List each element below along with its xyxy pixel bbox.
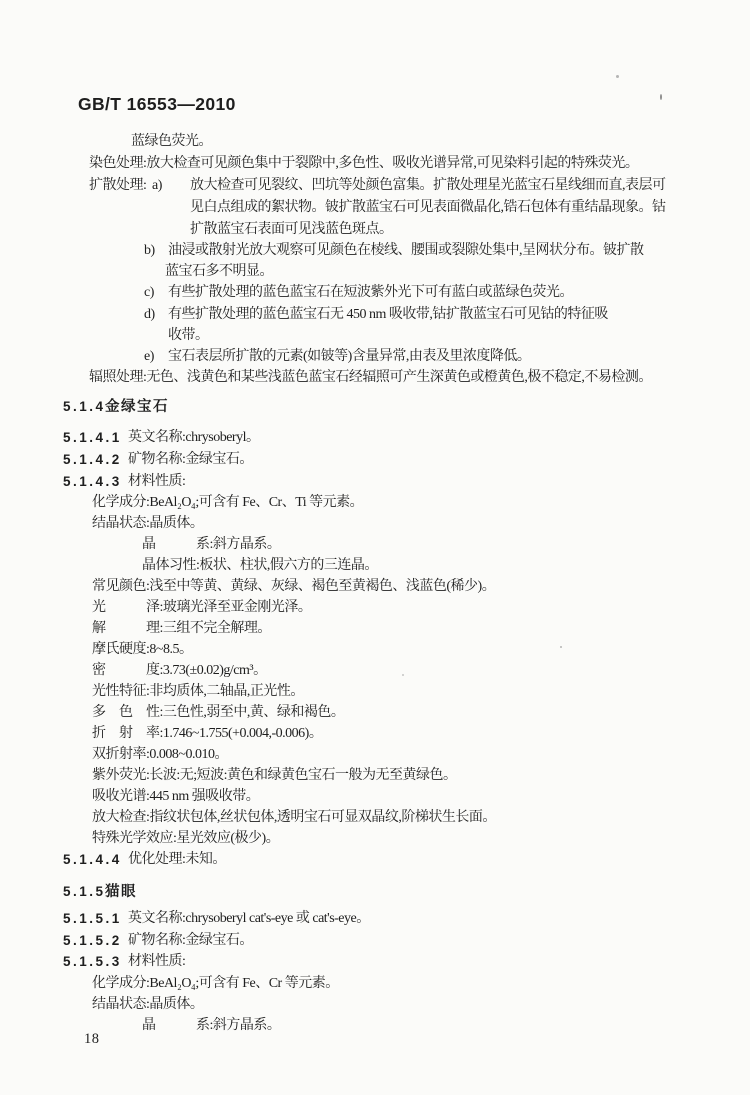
page-number: 18 bbox=[84, 1031, 100, 1048]
list-letter: c) bbox=[144, 284, 154, 302]
text-run: 密 度:3.73(±0.02)g/cm³。 bbox=[92, 662, 267, 680]
text-run: 染色处理:放大检查可见颜色集中于裂隙中,多色性、吸收光谱异常,可见染料引起的特殊… bbox=[89, 155, 638, 173]
scan-speck bbox=[402, 674, 404, 676]
clause-title: 猫眼 bbox=[105, 883, 137, 901]
clause-title: 金绿宝石 bbox=[105, 398, 169, 416]
text-line: 特殊光学效应:星光效应(极少)。 bbox=[0, 830, 750, 850]
scan-speck bbox=[660, 94, 662, 100]
text-run: 英文名称:chrysoberyl cat's-eye 或 cat's-eye。 bbox=[128, 910, 370, 928]
text-run: 吸收光谱:445 nm 强吸收带。 bbox=[92, 788, 259, 806]
text-run: 晶 系:斜方晶系。 bbox=[142, 536, 280, 554]
text-line: 晶体习性:板状、柱状,假六方的三连晶。 bbox=[0, 557, 750, 577]
text-run: 蓝宝石多不明显。 bbox=[165, 263, 273, 281]
text-line: 5.1.5.2矿物名称:金绿宝石。 bbox=[0, 932, 750, 952]
text-line: e)宝石表层所扩散的元素(如铍等)含量异常,由表及里浓度降低。 bbox=[0, 348, 750, 368]
text-line: 5.1.4金绿宝石 bbox=[0, 398, 750, 418]
text-run: 蓝绿色荧光。 bbox=[131, 133, 212, 151]
text-run: 摩氏硬度:8~8.5。 bbox=[92, 641, 192, 659]
text-run: 紫外荧光:长波:无;短波:黄色和绿黄色宝石一般为无至黄绿色。 bbox=[92, 767, 457, 785]
text-line: 5.1.5.1英文名称:chrysoberyl cat's-eye 或 cat'… bbox=[0, 910, 750, 930]
text-run: 材料性质: bbox=[128, 953, 185, 971]
clause-number: 5.1.5 bbox=[63, 883, 106, 901]
text-line: 化学成分:BeAl₂O₄;可含有 Fe、Cr、Ti 等元素。 bbox=[0, 494, 750, 514]
document-page: GB/T 16553—2010 蓝绿色荧光。染色处理:放大检查可见颜色集中于裂隙… bbox=[0, 0, 750, 1095]
text-run: 有些扩散处理的蓝色蓝宝石无 450 nm 吸收带,钴扩散蓝宝石可见钴的特征吸 bbox=[168, 306, 608, 324]
list-letter: b) bbox=[144, 242, 155, 260]
text-run: 特殊光学效应:星光效应(极少)。 bbox=[92, 830, 279, 848]
text-line: 见白点组成的絮状物。铍扩散蓝宝石可见表面微晶化,锆石包体有重结晶现象。钴 bbox=[0, 199, 750, 219]
clause-number: 5.1.4.1 bbox=[63, 429, 122, 447]
text-line: 结晶状态:晶质体。 bbox=[0, 515, 750, 535]
text-line: 5.1.5猫眼 bbox=[0, 883, 750, 903]
text-line: 化学成分:BeAl₂O₄;可含有 Fe、Cr 等元素。 bbox=[0, 975, 750, 995]
text-line: c)有些扩散处理的蓝色蓝宝石在短波紫外光下可有蓝白或蓝绿色荧光。 bbox=[0, 284, 750, 304]
list-letter: e) bbox=[144, 348, 154, 366]
text-run: 矿物名称:金绿宝石。 bbox=[128, 932, 253, 950]
text-run: 油浸或散射光放大观察可见颜色在棱线、腰围或裂隙处集中,呈网状分布。铍扩散 bbox=[168, 242, 644, 260]
list-letter: d) bbox=[144, 306, 155, 324]
text-run: 英文名称:chrysoberyl。 bbox=[128, 429, 259, 447]
text-line: 5.1.4.4优化处理:未知。 bbox=[0, 851, 750, 871]
text-run: 解 理:三组不完全解理。 bbox=[92, 620, 271, 638]
text-run: 见白点组成的絮状物。铍扩散蓝宝石可见表面微晶化,锆石包体有重结晶现象。钴 bbox=[190, 199, 666, 217]
text-line: 折 射 率:1.746~1.755(+0.004,-0.006)。 bbox=[0, 725, 750, 745]
text-line: 5.1.4.1英文名称:chrysoberyl。 bbox=[0, 429, 750, 449]
text-run: 多 色 性:三色性,弱至中,黄、绿和褐色。 bbox=[92, 704, 344, 722]
text-run: 扩散蓝宝石表面可见浅蓝色斑点。 bbox=[190, 221, 393, 239]
text-line: 放大检查:指纹状包体,丝状包体,透明宝石可显双晶纹,阶梯状生长面。 bbox=[0, 809, 750, 829]
text-line: 扩散处理:a)放大检查可见裂纹、凹坑等处颜色富集。扩散处理星光蓝宝石星线细而直,… bbox=[0, 177, 750, 197]
text-line: 收带。 bbox=[0, 327, 750, 347]
clause-number: 5.1.5.1 bbox=[63, 910, 122, 928]
text-line: 蓝绿色荧光。 bbox=[0, 133, 750, 153]
text-line: 5.1.4.3材料性质: bbox=[0, 473, 750, 493]
text-line: 5.1.5.3材料性质: bbox=[0, 953, 750, 973]
text-run: 晶体习性:板状、柱状,假六方的三连晶。 bbox=[142, 557, 378, 575]
text-run: 常见颜色:浅至中等黄、黄绿、灰绿、褐色至黄褐色、浅蓝色(稀少)。 bbox=[92, 578, 495, 596]
text-line: 多 色 性:三色性,弱至中,黄、绿和褐色。 bbox=[0, 704, 750, 724]
text-line: b)油浸或散射光放大观察可见颜色在棱线、腰围或裂隙处集中,呈网状分布。铍扩散 bbox=[0, 242, 750, 262]
text-line: 晶 系:斜方晶系。 bbox=[0, 1017, 750, 1037]
text-run: 双折射率:0.008~0.010。 bbox=[92, 746, 228, 764]
text-run: 有些扩散处理的蓝色蓝宝石在短波紫外光下可有蓝白或蓝绿色荧光。 bbox=[168, 284, 573, 302]
text-line: 蓝宝石多不明显。 bbox=[0, 263, 750, 283]
text-line: d)有些扩散处理的蓝色蓝宝石无 450 nm 吸收带,钴扩散蓝宝石可见钴的特征吸 bbox=[0, 306, 750, 326]
text-line: 结晶状态:晶质体。 bbox=[0, 996, 750, 1016]
clause-number: 5.1.4.4 bbox=[63, 851, 122, 869]
text-line: 常见颜色:浅至中等黄、黄绿、灰绿、褐色至黄褐色、浅蓝色(稀少)。 bbox=[0, 578, 750, 598]
text-line: 双折射率:0.008~0.010。 bbox=[0, 746, 750, 766]
text-line: 辐照处理:无色、浅黄色和某些浅蓝色蓝宝石经辐照可产生深黄色或橙黄色,极不稳定,不… bbox=[0, 369, 750, 389]
text-line: 光 泽:玻璃光泽至亚金刚光泽。 bbox=[0, 599, 750, 619]
text-line: 5.1.4.2矿物名称:金绿宝石。 bbox=[0, 451, 750, 471]
text-run: 光 泽:玻璃光泽至亚金刚光泽。 bbox=[92, 599, 311, 617]
text-run: 结晶状态:晶质体。 bbox=[92, 996, 203, 1014]
text-line: 紫外荧光:长波:无;短波:黄色和绿黄色宝石一般为无至黄绿色。 bbox=[0, 767, 750, 787]
standard-code: GB/T 16553—2010 bbox=[78, 94, 236, 115]
text-line: 解 理:三组不完全解理。 bbox=[0, 620, 750, 640]
text-line: 光性特征:非均质体,二轴晶,正光性。 bbox=[0, 683, 750, 703]
text-run: 结晶状态:晶质体。 bbox=[92, 515, 203, 533]
text-run: 材料性质: bbox=[128, 473, 185, 491]
text-run: 辐照处理:无色、浅黄色和某些浅蓝色蓝宝石经辐照可产生深黄色或橙黄色,极不稳定,不… bbox=[89, 369, 652, 387]
text-run: 晶 系:斜方晶系。 bbox=[142, 1017, 280, 1035]
text-run: 化学成分:BeAl₂O₄;可含有 Fe、Cr 等元素。 bbox=[92, 975, 339, 993]
text-line: 吸收光谱:445 nm 强吸收带。 bbox=[0, 788, 750, 808]
text-line: 晶 系:斜方晶系。 bbox=[0, 536, 750, 556]
clause-number: 5.1.5.3 bbox=[63, 953, 122, 971]
text-run: 放大检查:指纹状包体,丝状包体,透明宝石可显双晶纹,阶梯状生长面。 bbox=[92, 809, 496, 827]
text-run: 收带。 bbox=[168, 327, 209, 345]
clause-number: 5.1.4.3 bbox=[63, 473, 122, 491]
text-run: 扩散处理: bbox=[89, 177, 146, 195]
scan-speck bbox=[616, 75, 619, 78]
text-run: 光性特征:非均质体,二轴晶,正光性。 bbox=[92, 683, 304, 701]
text-line: 染色处理:放大检查可见颜色集中于裂隙中,多色性、吸收光谱异常,可见染料引起的特殊… bbox=[0, 155, 750, 175]
scan-speck bbox=[560, 646, 562, 648]
text-run: 优化处理:未知。 bbox=[128, 851, 226, 869]
text-run: 矿物名称:金绿宝石。 bbox=[128, 451, 253, 469]
clause-number: 5.1.4.2 bbox=[63, 451, 122, 469]
text-line: 摩氏硬度:8~8.5。 bbox=[0, 641, 750, 661]
text-run: 化学成分:BeAl₂O₄;可含有 Fe、Cr、Ti 等元素。 bbox=[92, 494, 363, 512]
clause-number: 5.1.4 bbox=[63, 398, 106, 416]
text-run: 折 射 率:1.746~1.755(+0.004,-0.006)。 bbox=[92, 725, 322, 743]
text-line: 密 度:3.73(±0.02)g/cm³。 bbox=[0, 662, 750, 682]
text-run: 放大检查可见裂纹、凹坑等处颜色富集。扩散处理星光蓝宝石星线细而直,表层可 bbox=[190, 177, 666, 195]
text-run: 宝石表层所扩散的元素(如铍等)含量异常,由表及里浓度降低。 bbox=[168, 348, 530, 366]
list-letter: a) bbox=[152, 177, 162, 195]
clause-number: 5.1.5.2 bbox=[63, 932, 122, 950]
text-line: 扩散蓝宝石表面可见浅蓝色斑点。 bbox=[0, 221, 750, 241]
